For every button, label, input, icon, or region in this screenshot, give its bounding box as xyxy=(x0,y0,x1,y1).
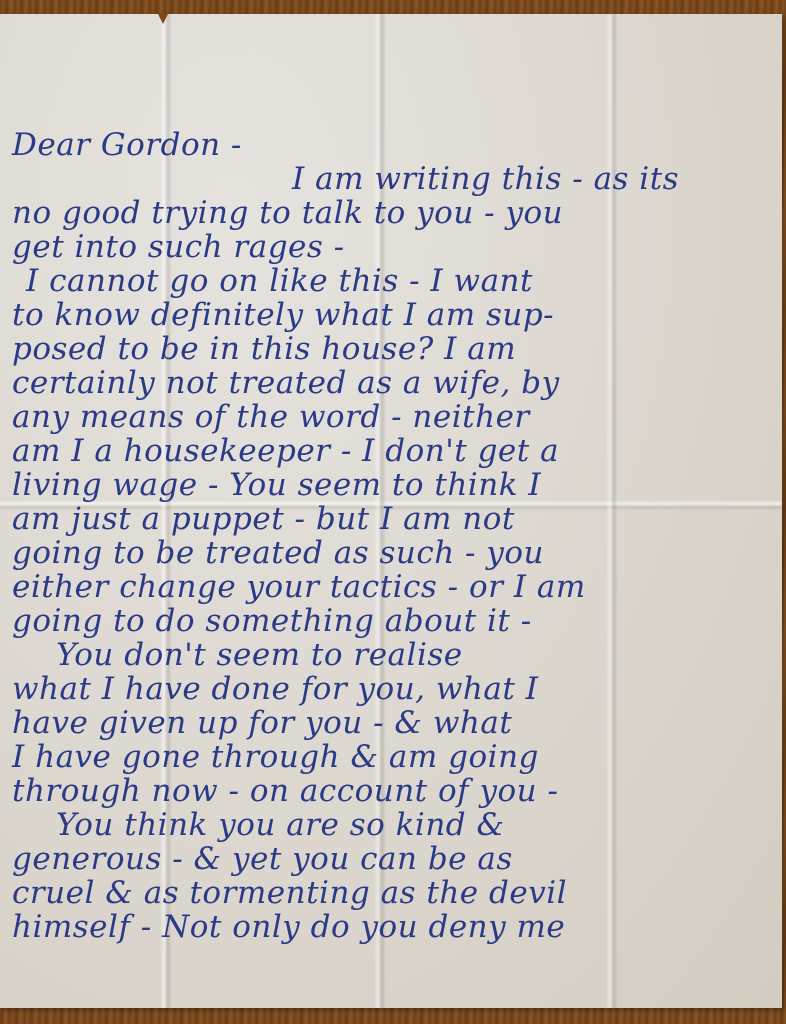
letter-line: himself - Not only do you deny me xyxy=(12,910,782,944)
letter-line: no good trying to talk to you - you xyxy=(12,196,782,230)
letter-line: through now - on account of you - xyxy=(12,774,782,808)
letter-line: am I a housekeeper - I don't get a xyxy=(12,434,782,468)
letter-line: I have gone through & am going xyxy=(12,740,782,774)
letter-line: am just a puppet - but I am not xyxy=(12,502,782,536)
letter-line: cruel & as tormenting as the devil xyxy=(12,876,782,910)
letter-body: Dear Gordon - I am writing this - as its… xyxy=(12,128,782,944)
letter-line: I am writing this - as its xyxy=(12,162,782,196)
salutation: Dear Gordon - xyxy=(12,128,782,162)
letter-line: any means of the word - neither xyxy=(12,400,782,434)
letter-line: I cannot go on like this - I want xyxy=(12,264,782,298)
letter-line: generous - & yet you can be as xyxy=(12,842,782,876)
letter-line: posed to be in this house? I am xyxy=(12,332,782,366)
letter-line: what I have done for you, what I xyxy=(12,672,782,706)
letter-line: You think you are so kind & xyxy=(12,808,782,842)
letter-line: You don't seem to realise xyxy=(12,638,782,672)
letter-line: have given up for you - & what xyxy=(12,706,782,740)
letter-line: get into such rages - xyxy=(12,230,782,264)
letter-line: either change your tactics - or I am xyxy=(12,570,782,604)
letter-line: going to do something about it - xyxy=(12,604,782,638)
letter-line: to know definitely what I am sup- xyxy=(12,298,782,332)
letter-line: going to be treated as such - you xyxy=(12,536,782,570)
letter-line: living wage - You seem to think I xyxy=(12,468,782,502)
letter-line: certainly not treated as a wife, by xyxy=(12,366,782,400)
